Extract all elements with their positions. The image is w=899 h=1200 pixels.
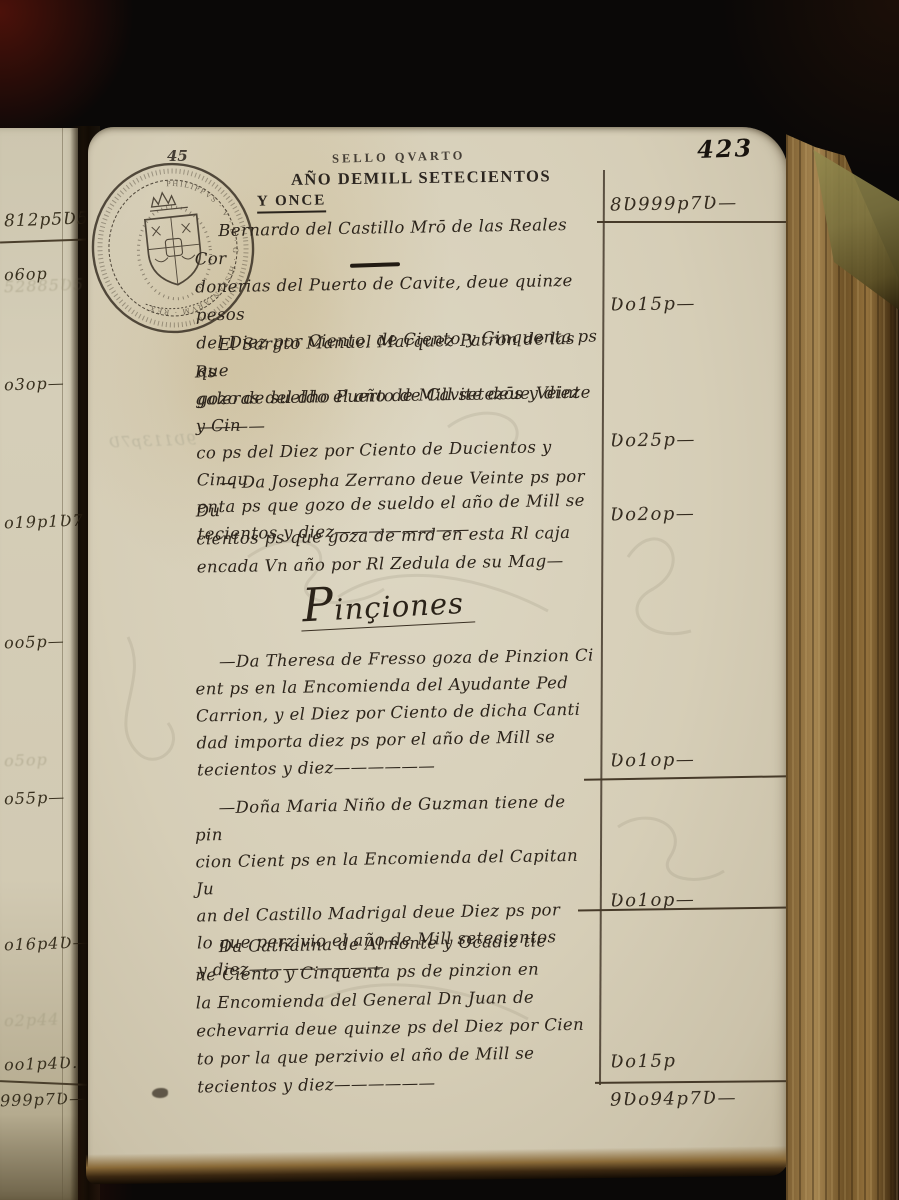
ledger-entry: —Da Theresa de Fresso goza de Pinzion Ci… xyxy=(195,641,601,783)
entry-amount: Ʋo15p— xyxy=(610,291,795,315)
section-heading: Pinçiones xyxy=(299,569,475,632)
carried-total-underline xyxy=(597,221,789,223)
entry-line: galeras del dho Puerto de Cavite deue Ve… xyxy=(195,378,600,439)
grand-total-amount: 9Ʋo94p7Ʋ— xyxy=(610,1086,795,1110)
entry-line: donerias del Puerto de Cavite, deue quin… xyxy=(195,266,600,329)
entry-amount: Ʋo2op— xyxy=(610,501,795,525)
ink-blotch xyxy=(152,1088,168,1098)
folio-mark: 45 xyxy=(167,147,188,165)
entry-line: —Doña Maria Niño de Guzman tiene de pin xyxy=(194,787,599,848)
entry-line: cion Cient ps en la Encomienda del Capit… xyxy=(195,841,600,902)
bleedthrough-amount-ghost: 9Ʋ113p7Ʋ xyxy=(108,430,197,451)
carried-total-amount: 8Ʋ999p7Ʋ— xyxy=(610,191,795,215)
entry-line: El Sargto Manuel Marquez Patron de las R… xyxy=(194,324,599,385)
stamp-year-line: AÑO DEMILL SETECIENTOS xyxy=(291,166,551,190)
ledger-entry: Da Cathalina de Almonte y Ocadiz tie ne … xyxy=(195,926,602,1101)
entry-amount: Ʋo1op— xyxy=(610,747,795,771)
page-number: 423 xyxy=(697,133,754,164)
stamp-once-line: Y ONCE xyxy=(257,192,327,213)
photograph-of-manuscript-book: 52885Ʋ5 812p5Ʋ5 o6op o3op— o19p1Ʋ7 oo5p—… xyxy=(0,0,899,1200)
section-heading-text: Pinçiones xyxy=(300,585,475,631)
ledger-entry: — Da Josepha Zerrano deue Veinte ps por … xyxy=(195,462,601,581)
entry-amount: Ʋo15p xyxy=(610,1048,795,1072)
entry-amount: Ʋo25p— xyxy=(610,427,795,451)
entry-line: — Da Josepha Zerrano deue Veinte ps por … xyxy=(195,462,600,525)
entry-line: Bernardo del Castillo Mrō de las Reales … xyxy=(194,210,599,273)
left-page-edge: 52885Ʋ5 812p5Ʋ5 o6op o3op— o19p1Ʋ7 oo5p—… xyxy=(0,128,78,1200)
